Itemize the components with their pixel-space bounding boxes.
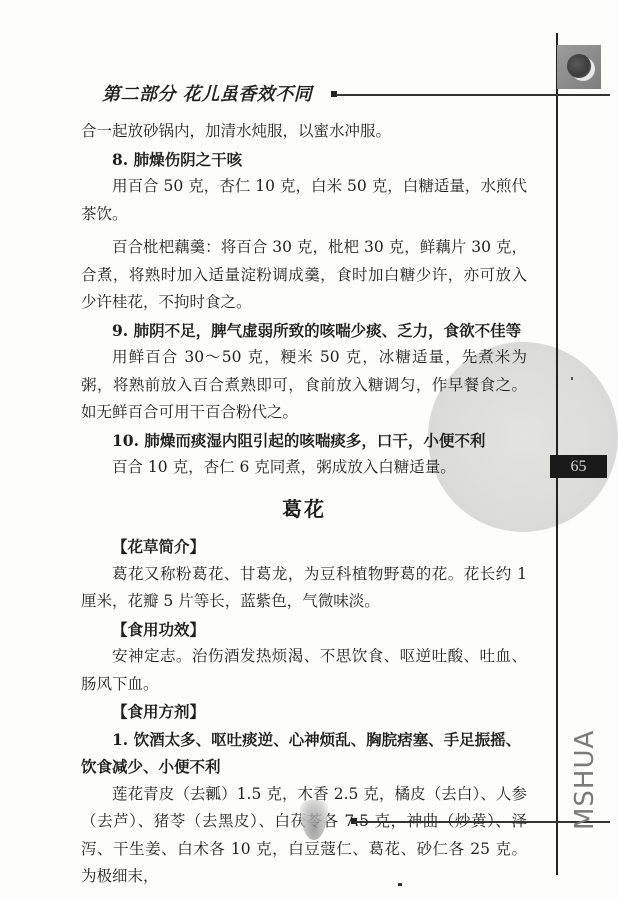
continuation-paragraph: 合一起放砂锅内，加清水炖服，以蜜水冲服。	[81, 118, 527, 146]
item-9-heading: 9. 肺阴不足，脾气虚弱所致的咳喘少痰、乏力，食欲不佳等	[81, 317, 527, 345]
recipe-1-text: 莲花青皮（去瓤）1.5 克，木香 2.5 克，橘皮（去白）、人参（去芦）、猪苓（…	[81, 781, 527, 891]
intro-label: 【花草简介】	[81, 533, 527, 561]
effects-label: 【食用功效】	[81, 616, 527, 644]
page-number: 65	[550, 455, 607, 478]
item-8-recipe-text: 百合枇杷藕羹：将百合 30 克，枇杷 30 克，鲜藕片 30 克，合煮，将熟时加…	[81, 234, 527, 317]
print-speck	[398, 883, 402, 886]
margin-vertical-rule	[556, 33, 558, 875]
recipes-label: 【食用方剂】	[81, 698, 527, 726]
item-8-heading: 8. 肺燥伤阴之干咳	[81, 146, 527, 174]
item-8-text: 用百合 50 克，杏仁 10 克，白米 50 克，白糖适量，水煎代茶饮。	[81, 173, 527, 228]
watermark: MSHUA	[570, 730, 600, 830]
header-rule	[336, 94, 610, 96]
running-header-title: 第二部分 花儿虽香效不同	[102, 80, 312, 106]
print-speck	[571, 377, 573, 380]
recipe-1-heading: 1. 饮酒太多、呕吐痰逆、心神烦乱、胸脘痞塞、手足振摇、饮食减少、小便不利	[81, 726, 527, 781]
section-title: 葛花	[81, 496, 527, 524]
item-10-heading: 10. 肺燥而痰湿内阻引起的咳喘痰多，口干，小便不利	[81, 427, 527, 455]
item-10-text: 百合 10 克，杏仁 6 克同煮，粥成放入白糖适量。	[81, 454, 527, 482]
item-9-text: 用鲜百合 30～50 克，粳米 50 克，冰糖适量，先煮米为粥，将熟前放入百合煮…	[81, 344, 527, 427]
page-body: 合一起放砂锅内，加清水炖服，以蜜水冲服。 8. 肺燥伤阴之干咳 用百合 50 克…	[81, 118, 527, 891]
intro-text: 葛花又称粉葛花、甘葛龙，为豆科植物野葛的花。花长约 1 厘米，花瓣 5 片等长，…	[81, 561, 527, 616]
effects-text: 安神定志。治伤酒发热烦渴、不思饮食、呕逆吐酸、吐血、肠风下血。	[81, 643, 527, 698]
crescent-moon-icon	[557, 45, 601, 89]
